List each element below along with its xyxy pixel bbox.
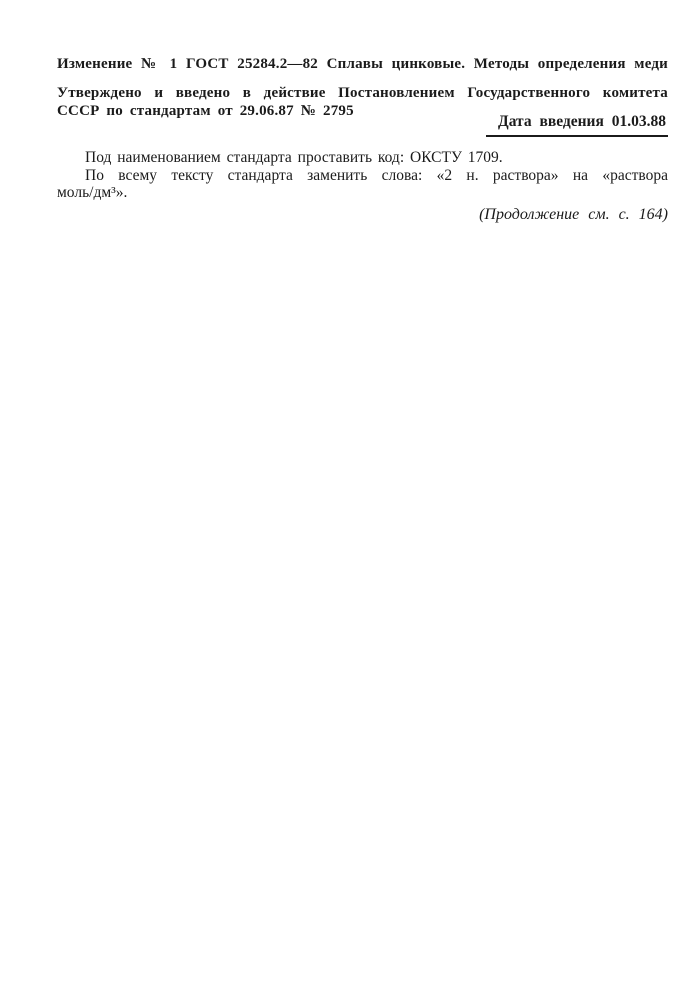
amendment-title: Изменение № 1 ГОСТ 25284.2—82 Сплавы цин…: [57, 55, 668, 73]
document-page: Изменение № 1 ГОСТ 25284.2—82 Сплавы цин…: [0, 0, 700, 1005]
continuation-note: (Продолжение см. с. 164): [57, 206, 668, 224]
effective-date-row: Дата введения 01.03.88: [57, 113, 668, 137]
paragraph-replace-words-line-1: По всему тексту стандарта заменить слова…: [57, 167, 668, 185]
approval-statement-line-1: Утверждено и введено в действие Постанов…: [57, 84, 668, 102]
effective-date: Дата введения 01.03.88: [486, 113, 668, 137]
paragraph-replace-words-line-2: моль/дм³».: [57, 184, 668, 202]
page-content: Изменение № 1 ГОСТ 25284.2—82 Сплавы цин…: [57, 0, 668, 1005]
paragraph-okstu-code: Под наименованием стандарта проставить к…: [57, 149, 668, 167]
